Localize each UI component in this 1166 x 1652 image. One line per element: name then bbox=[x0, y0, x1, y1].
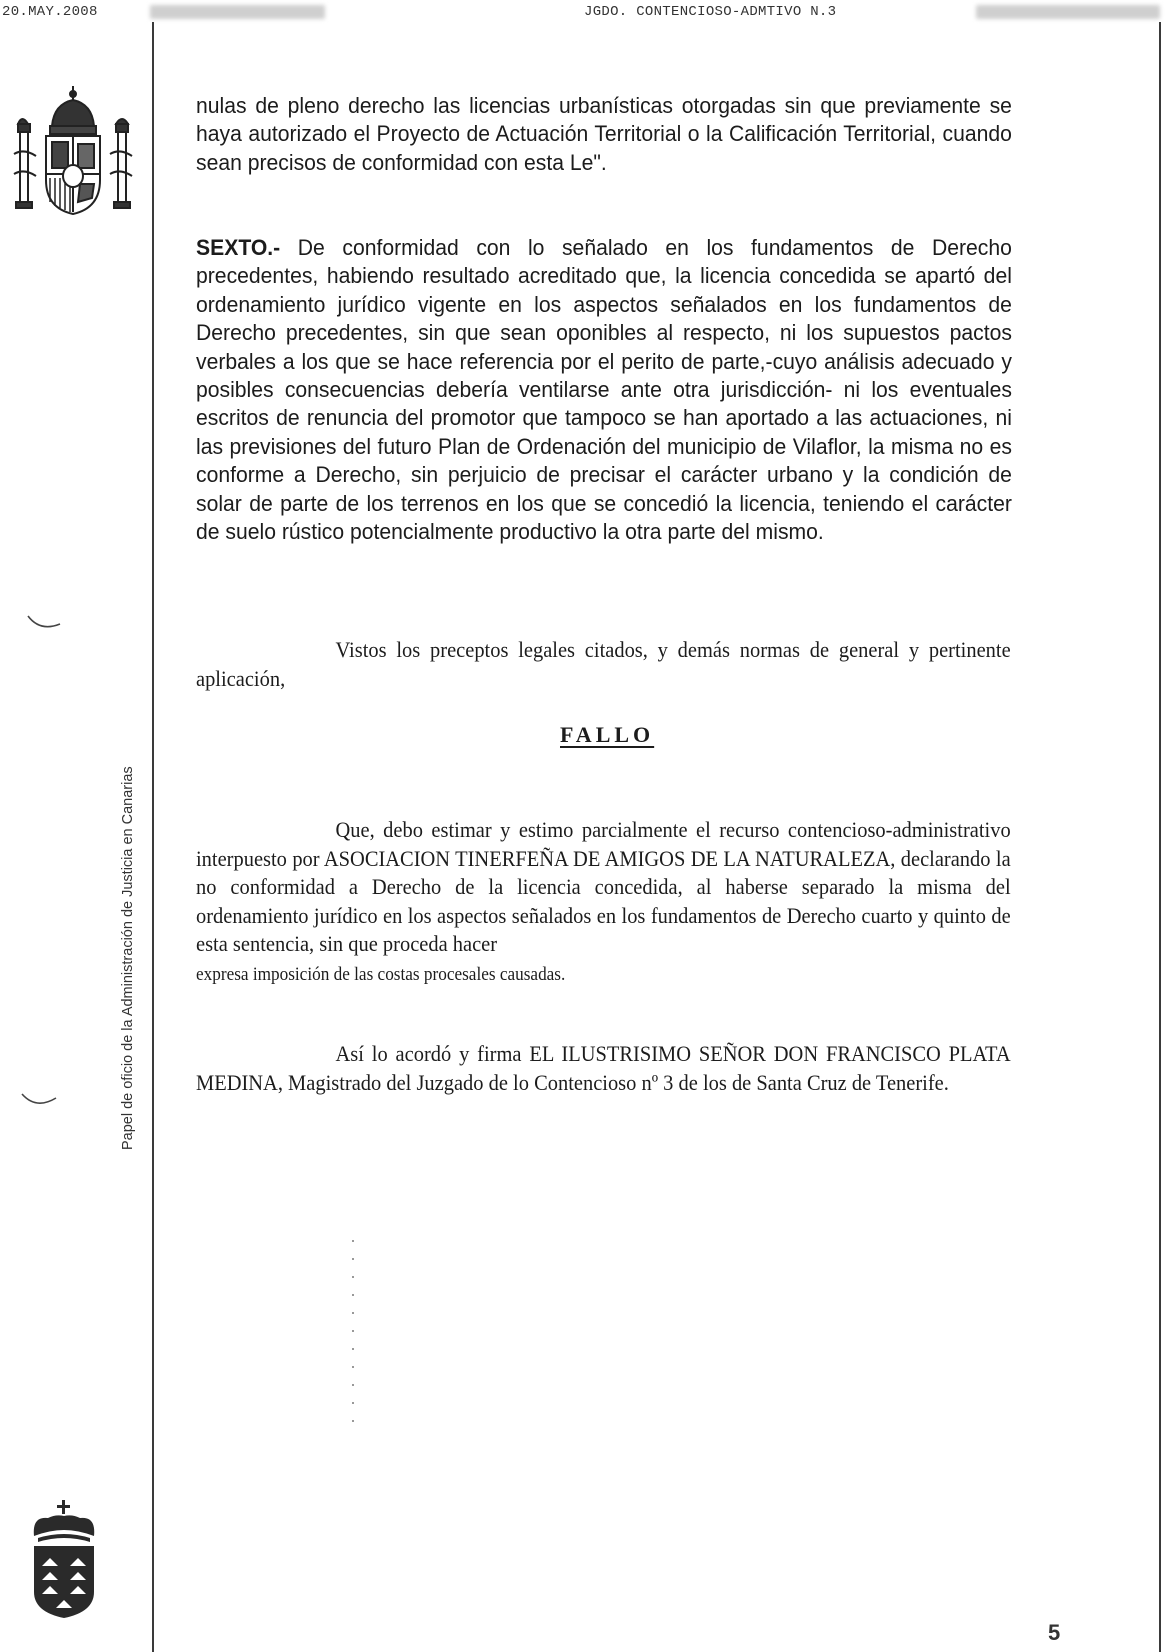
sexto-paragraph: SEXTO.- De conformidad con lo señalado e… bbox=[196, 234, 1012, 546]
spain-coat-of-arms-icon bbox=[8, 84, 138, 218]
page-number: 5 bbox=[1048, 1620, 1060, 1646]
page-border-left bbox=[152, 22, 154, 1652]
fallo-paragraph: Que, debo estimar y estimo parcialmente … bbox=[196, 816, 1011, 990]
fax-court-name: JGDO. CONTENCIOSO-ADMTIVO N.3 bbox=[584, 4, 836, 20]
fallo-text-last-line: expresa imposición de las costas procesa… bbox=[196, 965, 565, 985]
quote-continuation-paragraph: nulas de pleno derecho las licencias urb… bbox=[196, 92, 1012, 177]
scan-artifact-dots bbox=[352, 1240, 354, 1430]
fallo-heading: FALLO bbox=[560, 722, 654, 748]
fax-header: 20.MAY.2008 JGDO. CONTENCIOSO-ADMTIVO N.… bbox=[0, 2, 1166, 26]
redacted-fax-page-info bbox=[976, 5, 1160, 19]
canarias-coat-of-arms-icon bbox=[28, 1500, 100, 1620]
firma-text: Así lo acordó y firma EL ILUSTRISIMO SEÑ… bbox=[196, 1041, 1011, 1095]
fax-date: 20.MAY.2008 bbox=[2, 4, 98, 20]
punch-hole-mark-icon bbox=[26, 612, 66, 634]
vistos-paragraph: Vistos los preceptos legales citados, y … bbox=[196, 636, 1011, 693]
official-paper-side-text: Papel de oficio de la Administración de … bbox=[120, 710, 136, 1150]
page-border-right bbox=[1159, 22, 1161, 1652]
punch-hole-mark-icon bbox=[20, 1090, 60, 1112]
firma-paragraph: Así lo acordó y firma EL ILUSTRISIMO SEÑ… bbox=[196, 1040, 1011, 1097]
fallo-text: Que, debo estimar y estimo parcialmente … bbox=[196, 817, 1011, 956]
sexto-label: SEXTO.- bbox=[196, 235, 280, 260]
vistos-text: Vistos los preceptos legales citados, y … bbox=[196, 637, 1011, 691]
sexto-text: De conformidad con lo señalado en los fu… bbox=[196, 235, 1012, 544]
redacted-fax-time-number bbox=[150, 5, 325, 19]
